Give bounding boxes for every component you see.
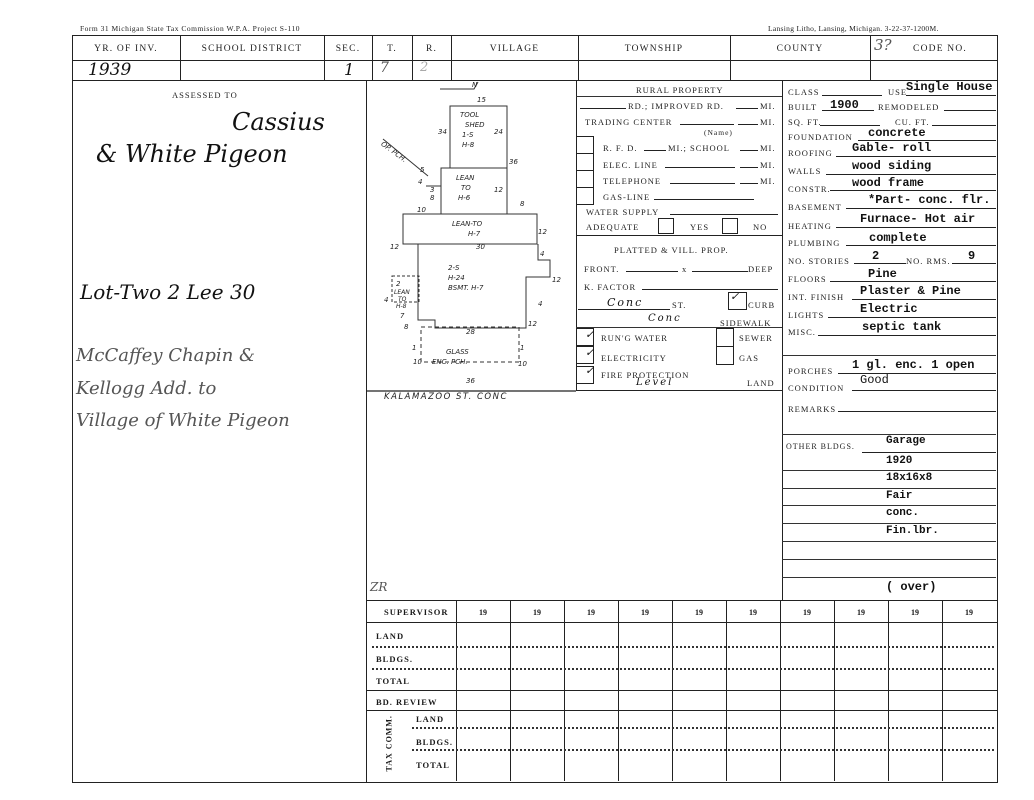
lean-to-3-label-3: H-8 bbox=[396, 303, 407, 310]
improved-rd-field[interactable] bbox=[736, 108, 758, 109]
rd-blank bbox=[580, 108, 626, 109]
tool-shed-dim-left: 34 bbox=[438, 128, 447, 136]
porches-value[interactable]: 1 gl. enc. 1 open bbox=[852, 358, 974, 372]
telephone-field[interactable] bbox=[670, 183, 735, 184]
other-bldgs-row-line bbox=[782, 559, 996, 560]
x-label: x bbox=[682, 264, 687, 274]
bd-review-label: BD. REVIEW bbox=[376, 697, 437, 707]
other-bldgs-row-line bbox=[782, 541, 996, 542]
int-finish-value[interactable]: Plaster & Pine bbox=[860, 284, 961, 298]
other-bldgs-line-6[interactable]: Fin.lbr. bbox=[886, 525, 939, 537]
year-header-9[interactable]: 19 bbox=[888, 608, 942, 617]
main-house-label-1: 2-S bbox=[448, 264, 459, 272]
constr-underline bbox=[830, 190, 996, 191]
other-bldgs-line-3[interactable]: 18x16x8 bbox=[886, 472, 932, 484]
misc-section-divider bbox=[782, 355, 996, 356]
other-bldgs-underline bbox=[862, 452, 996, 453]
use-underline bbox=[906, 95, 996, 96]
building-divider bbox=[782, 80, 783, 600]
tool-shed-label-2: SHED bbox=[465, 121, 485, 129]
year-header-4[interactable]: 19 bbox=[618, 608, 672, 617]
other-bldgs-row-line bbox=[782, 488, 996, 489]
year-header-6[interactable]: 19 bbox=[726, 608, 780, 617]
sewer-checkbox[interactable] bbox=[716, 328, 734, 347]
misc-underline bbox=[818, 335, 996, 336]
k-factor-label: K. FACTOR bbox=[584, 282, 636, 292]
remodeled-label: REMODELED bbox=[878, 102, 939, 112]
main-dim-r4: 12 bbox=[528, 320, 537, 328]
floors-label: FLOORS bbox=[788, 274, 827, 284]
elec-line-checkbox[interactable] bbox=[576, 153, 594, 171]
built-label: BUILT bbox=[788, 102, 817, 112]
porches-label: PORCHES bbox=[788, 366, 833, 376]
adequate-no-checkbox[interactable] bbox=[722, 218, 738, 234]
adequate-label: ADEQUATE bbox=[586, 222, 639, 232]
roofing-label: ROOFING bbox=[788, 148, 833, 158]
sewer-label: SEWER bbox=[739, 333, 773, 343]
lean-to-3-label-1: LEAN bbox=[394, 289, 410, 296]
mi-label: MI. bbox=[760, 101, 776, 111]
main-dim-r2: 12 bbox=[552, 276, 561, 284]
walls-underline bbox=[826, 174, 996, 175]
legal-description-line1: McCaffey Chapin & bbox=[76, 345, 255, 366]
no-label: NO bbox=[753, 222, 767, 232]
rfd-label: R. F. D. bbox=[603, 143, 637, 153]
elec-line-label: ELEC. LINE bbox=[603, 160, 658, 170]
basement-label: BASEMENT bbox=[788, 202, 842, 212]
fire-protection-check-mark: ✓ bbox=[585, 364, 594, 377]
land-dotted bbox=[372, 646, 994, 648]
gas-line-field[interactable] bbox=[654, 199, 754, 200]
lean-to-3-label-2: TO bbox=[398, 296, 406, 303]
printer-imprint: Lansing Litho, Lansing, Michigan. 3-22-3… bbox=[768, 24, 939, 33]
rural-title-line bbox=[576, 96, 782, 97]
plumbing-underline bbox=[846, 245, 996, 246]
other-bldgs-row-line bbox=[782, 577, 996, 578]
bldgs-label: BLDGS. bbox=[376, 654, 413, 664]
elec-line-field[interactable] bbox=[665, 167, 735, 168]
header-village: VILLAGE bbox=[451, 44, 578, 54]
floors-value[interactable]: Pine bbox=[868, 267, 897, 281]
other-bldgs-row-line bbox=[782, 523, 996, 524]
land-label: LAND bbox=[747, 378, 775, 388]
floors-underline bbox=[830, 281, 996, 282]
total-label: TOTAL bbox=[376, 676, 410, 686]
lean-to-2-label-2: H-7 bbox=[468, 230, 480, 238]
lean-to-3-dim-bottom: 7 bbox=[400, 312, 404, 320]
rooms-underline bbox=[952, 263, 996, 264]
heating-value[interactable]: Furnace- Hot air bbox=[860, 212, 975, 226]
walls-value[interactable]: wood siding bbox=[852, 159, 931, 173]
lean-to-2-label-1: LEAN-TO bbox=[452, 220, 482, 228]
plumbing-label: PLUMBING bbox=[788, 238, 840, 248]
remarks-field[interactable] bbox=[838, 411, 996, 412]
header-yr-of-inv: YR. OF INV. bbox=[72, 44, 180, 54]
main-house-label-2: H-24 bbox=[448, 274, 465, 282]
electricity-check-mark: ✓ bbox=[585, 346, 594, 359]
header-divider bbox=[72, 60, 998, 61]
front-label: FRONT. bbox=[584, 264, 619, 274]
tool-shed-dim-right: 24 bbox=[494, 128, 503, 136]
bldgs-dotted bbox=[372, 668, 994, 670]
k-factor-field[interactable] bbox=[642, 289, 778, 290]
col-sep bbox=[412, 35, 413, 80]
mi-label: MI. bbox=[760, 160, 776, 170]
header-r: R. bbox=[412, 44, 451, 54]
form-title: Form 31 Michigan State Tax Commission W.… bbox=[80, 24, 300, 33]
foundation-label: FOUNDATION bbox=[788, 132, 853, 142]
year-header-10[interactable]: 19 bbox=[942, 608, 996, 617]
lean-to-1-dim-c: 3 bbox=[430, 186, 434, 194]
tax-comm-label: TAX COMM. bbox=[385, 722, 394, 772]
header-school-district: SCHOOL DISTRICT bbox=[180, 44, 324, 54]
stories-value[interactable]: 2 bbox=[872, 249, 879, 263]
rung-water-label: RUN'G WATER bbox=[601, 333, 668, 343]
gas-checkbox[interactable] bbox=[716, 346, 734, 365]
lean-to-1-dim-b: 4 bbox=[418, 178, 422, 186]
over-note: ( over) bbox=[886, 580, 936, 594]
col-sep bbox=[730, 35, 731, 80]
other-bldgs-line-2[interactable]: 1920 bbox=[886, 455, 912, 467]
bd-review-bottom bbox=[366, 710, 998, 711]
remodeled-field[interactable] bbox=[944, 110, 996, 111]
electricity-label: ELECTRICITY bbox=[601, 353, 667, 363]
lights-label: LIGHTS bbox=[788, 310, 824, 320]
supervisor-label: SUPERVISOR bbox=[384, 607, 449, 617]
rfd-checkbox[interactable] bbox=[576, 136, 594, 154]
condition-value[interactable]: Good bbox=[860, 373, 889, 387]
constr-label: CONSTR. bbox=[788, 184, 831, 194]
condition-label: CONDITION bbox=[788, 383, 844, 393]
deep-field[interactable] bbox=[692, 271, 748, 272]
tool-shed-label-1: TOOL bbox=[460, 111, 479, 119]
class-field[interactable] bbox=[822, 95, 882, 96]
year-header-1[interactable]: 19 bbox=[456, 608, 510, 617]
telephone-label: TELEPHONE bbox=[603, 176, 661, 186]
tc-bldgs-label: BLDGS. bbox=[416, 737, 453, 747]
glass-porch-dim-right: 10 bbox=[518, 360, 527, 368]
other-bldgs-line-4[interactable]: Fair bbox=[886, 490, 912, 502]
water-supply-field[interactable] bbox=[670, 214, 778, 215]
lean-to-1-dim-a: 5 bbox=[420, 166, 424, 174]
main-dim-r5: 1 bbox=[520, 344, 524, 352]
supervisor-bottom bbox=[366, 690, 998, 691]
other-bldgs-row-line bbox=[782, 470, 996, 471]
tool-shed-dim-top: 15 bbox=[477, 96, 486, 104]
other-bldgs-label: OTHER BLDGS. bbox=[786, 442, 855, 451]
main-dim-r1: 4 bbox=[540, 250, 544, 258]
remarks-label: REMARKS bbox=[788, 404, 836, 414]
year-header-2[interactable]: 19 bbox=[510, 608, 564, 617]
other-bldgs-row-line bbox=[782, 505, 996, 506]
lean-to-1-dim-right: 12 bbox=[494, 186, 503, 194]
assessed-to-label: ASSESSED TO bbox=[172, 90, 238, 100]
glass-porch-dim-left: 10 bbox=[413, 358, 422, 366]
stories-label: NO. STORIES bbox=[788, 256, 850, 266]
main-house-label-3: BSMT. H-7 bbox=[448, 284, 483, 292]
main-dim-left: 8 bbox=[404, 323, 408, 331]
year-header-5[interactable]: 19 bbox=[672, 608, 726, 617]
main-dim-l1: 1 bbox=[412, 344, 416, 352]
class-label: CLASS bbox=[788, 87, 819, 97]
col-sep bbox=[870, 35, 871, 80]
lean-to-1-dim-g: 10 bbox=[417, 206, 426, 214]
use-value[interactable]: Single House bbox=[906, 80, 992, 94]
rural-bottom bbox=[576, 235, 782, 236]
trading-center-mi-field[interactable] bbox=[738, 124, 758, 125]
code-handwritten: 3? bbox=[874, 36, 892, 54]
foundation-value[interactable]: concrete bbox=[868, 126, 926, 140]
legal-description-line3: Village of White Pigeon bbox=[76, 410, 290, 431]
trading-center-field[interactable] bbox=[680, 124, 734, 125]
school-field[interactable] bbox=[740, 150, 758, 151]
name-hint: (Name) bbox=[704, 128, 733, 137]
tool-shed-label-3: 1-S bbox=[462, 131, 473, 139]
tool-shed-label-4: H-8 bbox=[462, 141, 474, 149]
glass-porch-dim-bottom: 36 bbox=[466, 377, 475, 385]
lean-to-1-dim-h: 8 bbox=[520, 200, 524, 208]
gas-line-label: GAS-LINE bbox=[603, 192, 650, 202]
tc-bldgs-dotted bbox=[412, 749, 994, 751]
sqft-label: SQ. FT. bbox=[788, 117, 822, 127]
rung-water-check-mark: ✓ bbox=[585, 328, 594, 341]
misc-label: MISC. bbox=[788, 327, 816, 337]
rooms-value[interactable]: 9 bbox=[968, 249, 975, 263]
heating-label: HEATING bbox=[788, 221, 832, 231]
lean-to-2-dim-right: 12 bbox=[538, 228, 547, 236]
int-finish-underline bbox=[852, 299, 996, 300]
yr-of-inv-value[interactable]: 1939 bbox=[88, 60, 131, 80]
main-dim-top: 30 bbox=[476, 243, 485, 251]
other-bldgs-line-1[interactable]: Garage bbox=[886, 435, 926, 447]
platted-bottom bbox=[576, 390, 782, 391]
lean-to-3-dim-top: 2 bbox=[396, 280, 400, 288]
st-underline bbox=[578, 309, 670, 310]
other-bldgs-line-5[interactable]: conc. bbox=[886, 507, 919, 519]
telephone-mi-field[interactable] bbox=[740, 183, 758, 184]
header-code-no: CODE NO. bbox=[900, 44, 980, 54]
school-label: MI.; SCHOOL bbox=[668, 143, 730, 153]
glass-porch-label-2: ENC. PCH. bbox=[432, 358, 468, 366]
header-county: COUNTY bbox=[730, 44, 870, 54]
gas-line-checkbox[interactable] bbox=[576, 187, 594, 205]
gas-label: GAS bbox=[739, 353, 759, 363]
lean-to-1-label-2: TO bbox=[461, 184, 471, 192]
lean-to-1-label-1: LEAN bbox=[456, 174, 474, 182]
utility-divider bbox=[576, 327, 782, 328]
rd-label: RD.; IMPROVED RD. bbox=[628, 101, 724, 111]
land-label: LAND bbox=[376, 631, 404, 641]
owner-name-line1: Cassius bbox=[232, 108, 325, 136]
built-underline bbox=[822, 110, 874, 111]
lights-value[interactable]: Electric bbox=[860, 302, 918, 316]
tool-shed-dim-bottom-right: 36 bbox=[509, 158, 518, 166]
street-label: KALAMAZOO ST. CONC bbox=[384, 392, 508, 402]
deep-label: DEEP bbox=[748, 264, 773, 274]
st-label: ST. bbox=[672, 300, 686, 310]
t-value[interactable]: 7 bbox=[380, 60, 389, 76]
roofing-underline bbox=[836, 156, 996, 157]
rural-title: RURAL PROPERTY bbox=[636, 85, 724, 95]
tc-land-label: LAND bbox=[416, 714, 444, 724]
trading-center-label: TRADING CENTER bbox=[585, 117, 672, 127]
valuation-header-bottom bbox=[366, 622, 998, 623]
constr-value[interactable]: wood frame bbox=[852, 176, 924, 190]
basement-value[interactable]: *Part- conc. flr. bbox=[868, 193, 990, 207]
water-supply-label: WATER SUPPLY bbox=[586, 207, 659, 217]
land-value[interactable]: Level bbox=[636, 377, 673, 388]
stories-underline bbox=[854, 263, 906, 264]
col-sep bbox=[578, 35, 579, 80]
tc-total-label: TOTAL bbox=[416, 760, 450, 770]
yes-label: YES bbox=[690, 222, 709, 232]
tc-land-dotted bbox=[412, 727, 994, 729]
lot-description: Lot-Two 2 Lee 30 bbox=[80, 280, 255, 304]
condition-underline bbox=[852, 390, 996, 391]
curb-check-mark: ✓ bbox=[730, 290, 739, 303]
header-sec: SEC. bbox=[324, 44, 372, 54]
lean-to-1-dim-d: 8 bbox=[430, 194, 434, 202]
plumbing-value[interactable]: complete bbox=[869, 231, 927, 245]
lights-underline bbox=[828, 317, 996, 318]
curb-label: CURB bbox=[748, 300, 775, 310]
col-sep bbox=[324, 35, 325, 80]
glass-porch-label-1: GLASS bbox=[446, 348, 469, 356]
main-dim-bottom: 28 bbox=[466, 328, 475, 336]
header-township: TOWNSHIP bbox=[578, 44, 730, 54]
corner-mark: ZR bbox=[370, 580, 387, 594]
mi-label: MI. bbox=[760, 117, 776, 127]
cuft-field[interactable] bbox=[932, 125, 996, 126]
rooms-label: NO. RMS. bbox=[906, 256, 951, 266]
platted-title: PLATTED & VILL. PROP. bbox=[614, 245, 729, 255]
int-finish-label: INT. FINISH bbox=[788, 292, 844, 302]
telephone-checkbox[interactable] bbox=[576, 170, 594, 188]
header-t: T. bbox=[372, 44, 412, 54]
year-header-3[interactable]: 19 bbox=[564, 608, 618, 617]
mi-label: MI. bbox=[760, 143, 776, 153]
sidewalk-value[interactable]: Conc bbox=[648, 313, 682, 324]
lean-to-3-dim-left: 4 bbox=[384, 296, 388, 304]
north-label: N bbox=[472, 81, 477, 89]
year-header-7[interactable]: 19 bbox=[780, 608, 834, 617]
walls-label: WALLS bbox=[788, 166, 821, 176]
r-value[interactable]: 2 bbox=[420, 60, 428, 75]
front-field[interactable] bbox=[626, 271, 678, 272]
sec-value[interactable]: 1 bbox=[344, 60, 354, 79]
col-sep bbox=[372, 35, 373, 80]
col-sep bbox=[451, 35, 452, 80]
roofing-value[interactable]: Gable- roll bbox=[852, 141, 931, 155]
street-surface-value[interactable]: Conc bbox=[607, 296, 643, 309]
valuation-top bbox=[366, 600, 998, 601]
adequate-yes-checkbox[interactable] bbox=[658, 218, 674, 234]
use-label: USE bbox=[888, 87, 907, 97]
mi-label: MI. bbox=[760, 176, 776, 186]
year-header-8[interactable]: 19 bbox=[834, 608, 888, 617]
col-sep bbox=[180, 35, 181, 80]
misc-value[interactable]: septic tank bbox=[862, 320, 941, 334]
main-dim-top-left: 12 bbox=[390, 243, 399, 251]
heating-underline bbox=[836, 227, 996, 228]
legal-description-line2: Kellogg Add. to bbox=[76, 378, 216, 399]
lean-to-1-label-3: H-6 bbox=[458, 194, 470, 202]
basement-underline bbox=[846, 208, 996, 209]
rfd-field[interactable] bbox=[644, 150, 666, 151]
owner-name-line2: & White Pigeon bbox=[96, 140, 288, 168]
main-dim-r3: 4 bbox=[538, 300, 542, 308]
elec-line-mi-field[interactable] bbox=[740, 167, 758, 168]
